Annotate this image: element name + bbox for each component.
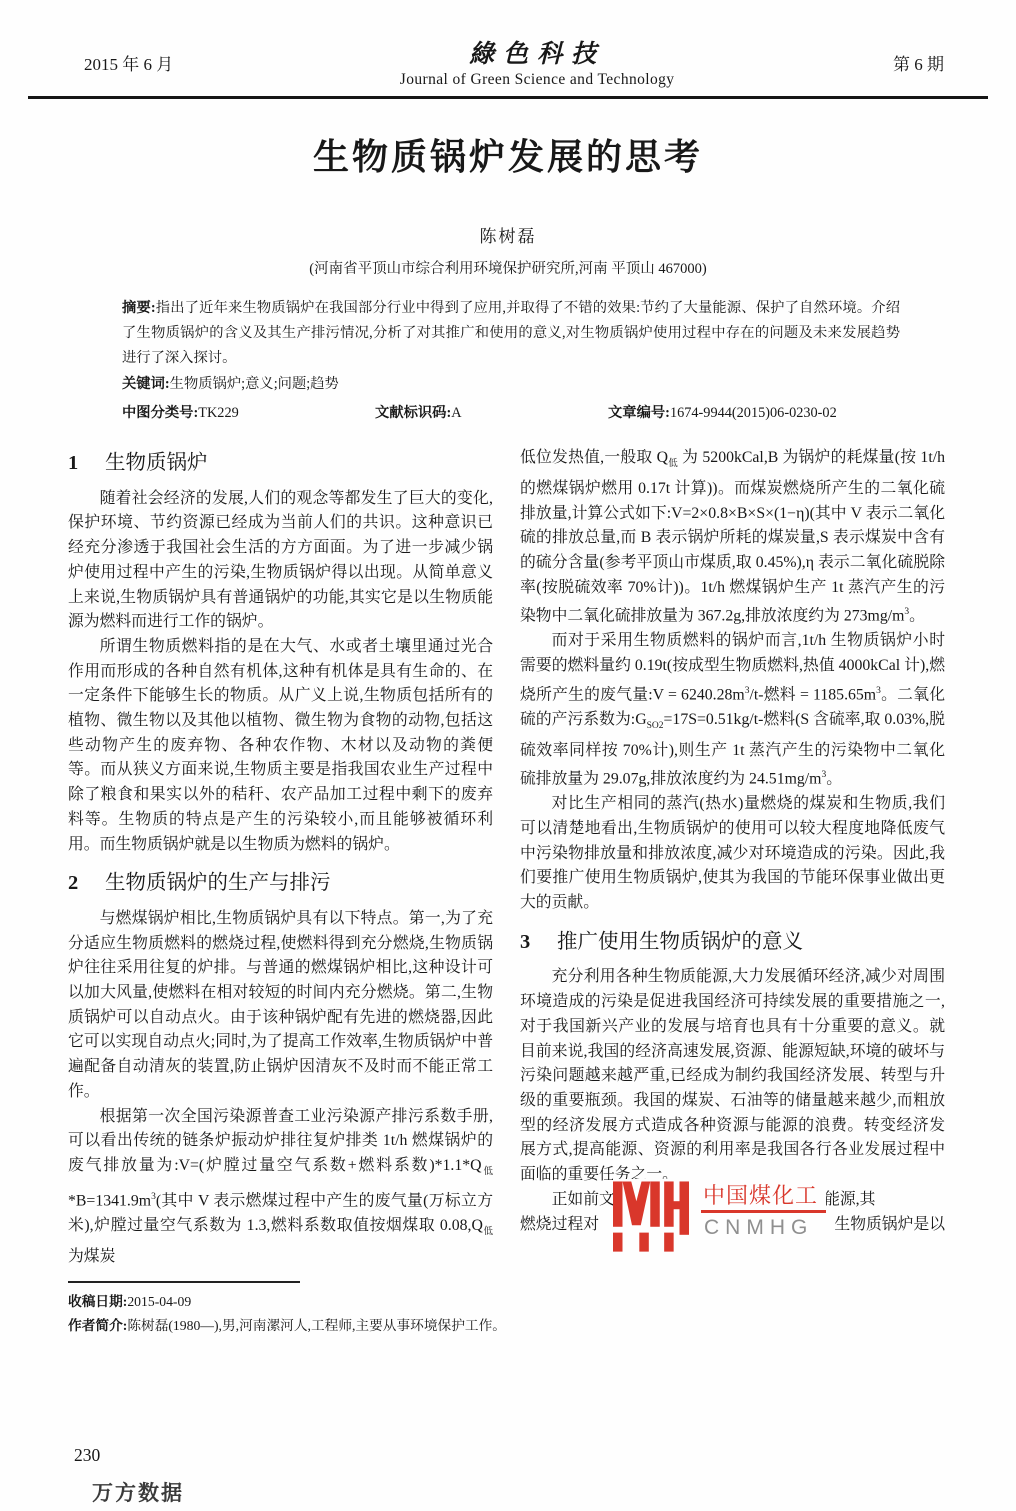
paper-page: 2015 年 6 月 綠色科技 Journal of Green Science… [0,0,1016,1511]
text-fragment: 生物质锅炉是以 [834,1213,945,1238]
author-affiliation: (河南省平顶山市综合利用环境保护研究所,河南 平顶山 467000) [0,257,1016,278]
abstract: 摘要:指出了近年来生物质锅炉在我国部分行业中得到了应用,并取得了不错的效果:节约… [122,296,900,371]
document-code: 文献标识码:A [375,401,608,426]
section-number: 3 [520,930,557,955]
received-date: 收稿日期:2015-04-09 [68,1290,590,1314]
keywords-label: 关键词: [122,376,170,392]
text-fragment: 燃烧过程对 [520,1213,599,1238]
document-code-value: A [451,405,461,421]
section-title: 推广使用生物质锅炉的意义 [557,930,803,955]
paragraph: 对比生产相同的蒸汽(热水)量燃烧的煤炭和生物质,我们可以清楚地看出,生物质锅炉的… [520,792,945,916]
section-number: 2 [68,871,105,896]
author-bio-label: 作者简介: [68,1318,127,1333]
journal-header: 2015 年 6 月 綠色科技 Journal of Green Science… [0,0,1016,89]
journal-masthead: 綠色科技 Journal of Green Science and Techno… [400,34,675,89]
keywords: 关键词:生物质锅炉;意义;问题;趋势 [122,372,900,397]
article-id-label: 文章编号: [608,405,670,421]
keywords-text: 生物质锅炉;意义;问题;趋势 [170,376,339,392]
section-heading-2: 2 生物质锅炉的生产与排污 [68,871,493,896]
author-bio: 作者简介:陈树磊(1980—),男,河南漯河人,工程师,主要从事环境保护工作。 [68,1314,590,1338]
section-title: 生物质锅炉的生产与排污 [105,871,331,896]
cnmhg-brand-code: CNMHG [701,1213,826,1241]
cnmhg-logo-icon [613,1179,689,1257]
paragraph: 与燃煤锅炉相比,生物质锅炉具有以下特点。第一,为了充分适应生物质燃料的燃烧过程,… [68,907,493,1105]
body-columns: 1 生物质锅炉 随着社会经济的发展,人们的观念等都发生了巨大的变化,保护环境、节… [68,446,948,1337]
cnmhg-watermark: 中国煤化工 CNMHG [613,1179,826,1257]
footnote: 收稿日期:2015-04-09 作者简介:陈树磊(1980—),男,河南漯河人,… [68,1281,590,1337]
section-heading-1: 1 生物质锅炉 [68,451,493,476]
paper-title: 生物质锅炉发展的思考 [0,129,1016,180]
issue-date: 2015 年 6 月 [84,50,173,89]
received-date-value: 2015-04-09 [127,1294,191,1309]
left-column: 1 生物质锅炉 随着社会经济的发展,人们的观念等都发生了巨大的变化,保护环境、节… [68,446,493,1337]
wanfang-watermark: 万方数据 [92,1477,184,1507]
received-date-label: 收稿日期: [68,1294,127,1309]
abstract-text: 指出了近年来生物质锅炉在我国部分行业中得到了应用,并取得了不错的效果:节约了大量… [122,300,900,366]
clc-label: 中图分类号: [122,405,198,421]
header-rule [28,96,988,99]
paragraph-truncated: 正如前文所述,生物质是一种相对清洁的能源,其 燃烧过程对 生物质锅炉是以 [520,1188,945,1272]
paragraph: 随着社会经济的发展,人们的观念等都发生了巨大的变化,保护环境、节约资源已经成为当… [68,487,493,635]
section-number: 1 [68,451,105,476]
abstract-label: 摘要: [122,300,156,316]
section-heading-3: 3 推广使用生物质锅炉的意义 [520,930,945,955]
meta-row: 中图分类号:TK229 文献标识码:A 文章编号:1674-9944(2015)… [122,401,900,426]
cnmhg-brand-cn: 中国煤化工 [701,1184,826,1213]
paragraph: 充分利用各种生物质能源,大力发展循环经济,减少对周围环境造成的污染是促进我国经济… [520,965,945,1187]
issue-number: 第 6 期 [893,50,944,89]
footnote-rule [68,1281,300,1283]
paragraph-formula: 根据第一次全国污染源普查工业污染源产排污系数手册,可以看出传统的链条炉振动炉排往… [68,1105,493,1270]
page-number: 230 [74,1445,100,1466]
journal-title-cn: 綠色科技 [400,34,675,70]
paragraph: 所谓生物质燃料指的是在大气、水或者土壤里通过光合作用而形成的各种自然有机体,这种… [68,635,493,857]
journal-title-en: Journal of Green Science and Technology [400,71,675,89]
article-id: 文章编号:1674-9944(2015)06-0230-02 [608,401,837,426]
cnmhg-brand: 中国煤化工 CNMHG [701,1179,826,1240]
article-id-value: 1674-9944(2015)06-0230-02 [670,405,837,421]
paragraph-formula: 低位发热值,一般取 Q低 为 5200kCal,B 为锅炉的耗煤量(按 1t/h… [520,446,945,629]
author-name: 陈树磊 [0,222,1016,247]
paragraph-formula: 而对于采用生物质燃料的锅炉而言,1t/h 生物质锅炉小时需要的燃料量约 0.19… [520,629,945,792]
right-column: 低位发热值,一般取 Q低 为 5200kCal,B 为锅炉的耗煤量(按 1t/h… [520,446,945,1337]
section-title: 生物质锅炉 [105,451,208,476]
clc-value: TK229 [198,405,239,421]
clc-number: 中图分类号:TK229 [122,401,375,426]
document-code-label: 文献标识码: [375,405,451,421]
author-bio-value: 陈树磊(1980—),男,河南漯河人,工程师,主要从事环境保护工作。 [127,1318,506,1333]
